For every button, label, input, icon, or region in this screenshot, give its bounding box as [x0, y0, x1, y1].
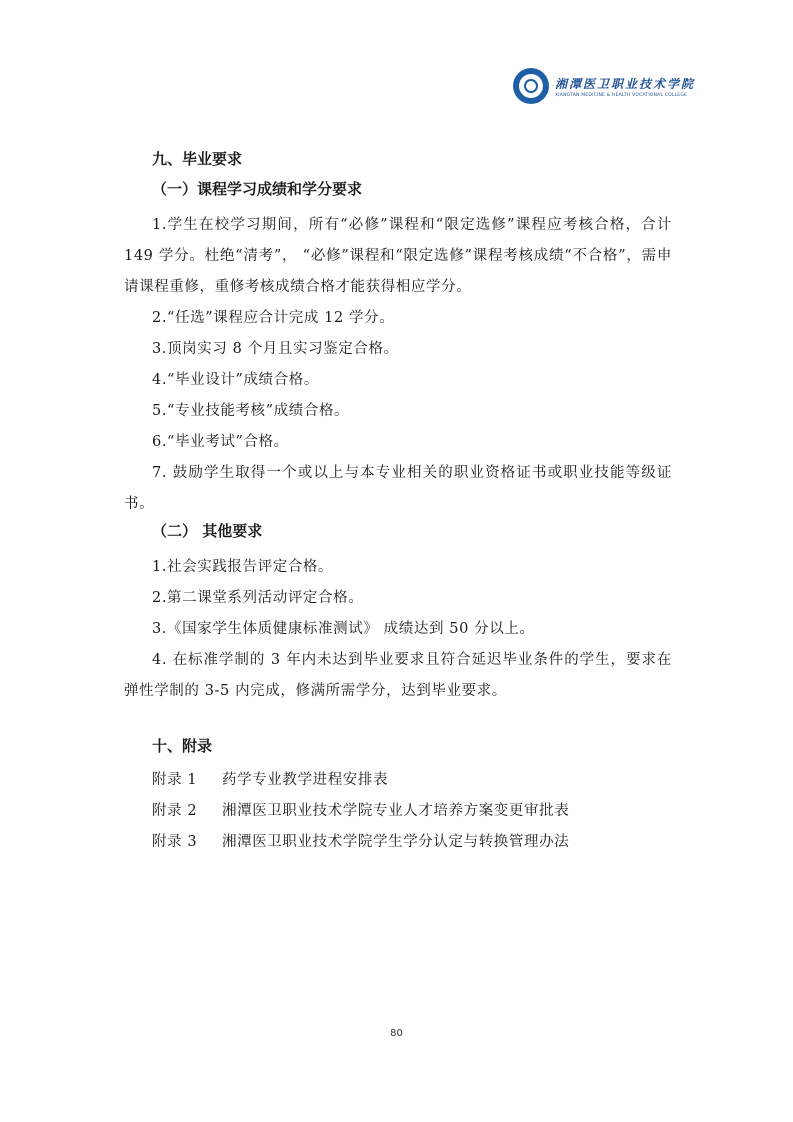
- document-body: 九、毕业要求 （一）课程学习成绩和学分要求 1.学生在校学习期间，所有“必修”课…: [124, 148, 672, 858]
- appendix-item-3: 附录 3 湘潭医卫职业技术学院学生学分认定与转换管理办法: [124, 827, 672, 858]
- requirement-item-1: 1.学生在校学习期间，所有“必修”课程和“限定选修”课程应考核合格，合计 149…: [124, 210, 672, 303]
- requirement-item-5: 5.“专业技能考核”成绩合格。: [124, 396, 672, 427]
- section-heading-appendix: 十、附录: [152, 735, 672, 765]
- logo-english-name: XIANGTAN MEDICINE & HEALTH VOCATIONAL CO…: [555, 93, 695, 98]
- other-requirement-item-1: 1.社会实践报告评定合格。: [124, 552, 672, 583]
- requirement-item-3: 3.顶岗实习 8 个月且实习鉴定合格。: [124, 334, 672, 365]
- requirement-item-4: 4.“毕业设计”成绩合格。: [124, 365, 672, 396]
- other-requirement-item-4: 4. 在标准学制的 3 年内未达到毕业要求且符合延迟毕业条件的学生，要求在弹性学…: [124, 645, 672, 707]
- requirement-item-7: 7. 鼓励学生取得一个或以上与本专业相关的职业资格证书或职业技能等级证书。: [124, 458, 672, 520]
- appendix-item-2: 附录 2 湘潭医卫职业技术学院专业人才培养方案变更审批表: [124, 796, 672, 827]
- requirement-item-2: 2.“任选”课程应合计完成 12 学分。: [124, 303, 672, 334]
- other-requirement-item-3: 3.《国家学生体质健康标准测试》 成绩达到 50 分以上。: [124, 614, 672, 645]
- requirement-item-6: 6.“毕业考试”合格。: [124, 427, 672, 458]
- college-emblem-icon: [513, 68, 549, 104]
- subsection-heading-course-credits: （一）课程学习成绩和学分要求: [152, 178, 672, 210]
- section-heading-graduation-requirements: 九、毕业要求: [152, 148, 672, 178]
- logo-chinese-name: 湘潭医卫职业技术学院: [555, 75, 695, 92]
- page-number: 80: [0, 1028, 793, 1039]
- appendix-item-1: 附录 1 药学专业教学进程安排表: [124, 765, 672, 796]
- subsection-heading-other-requirements: （二） 其他要求: [152, 520, 672, 552]
- college-logo: 湘潭医卫职业技术学院 XIANGTAN MEDICINE & HEALTH VO…: [513, 68, 695, 104]
- other-requirement-item-2: 2.第二课堂系列活动评定合格。: [124, 583, 672, 614]
